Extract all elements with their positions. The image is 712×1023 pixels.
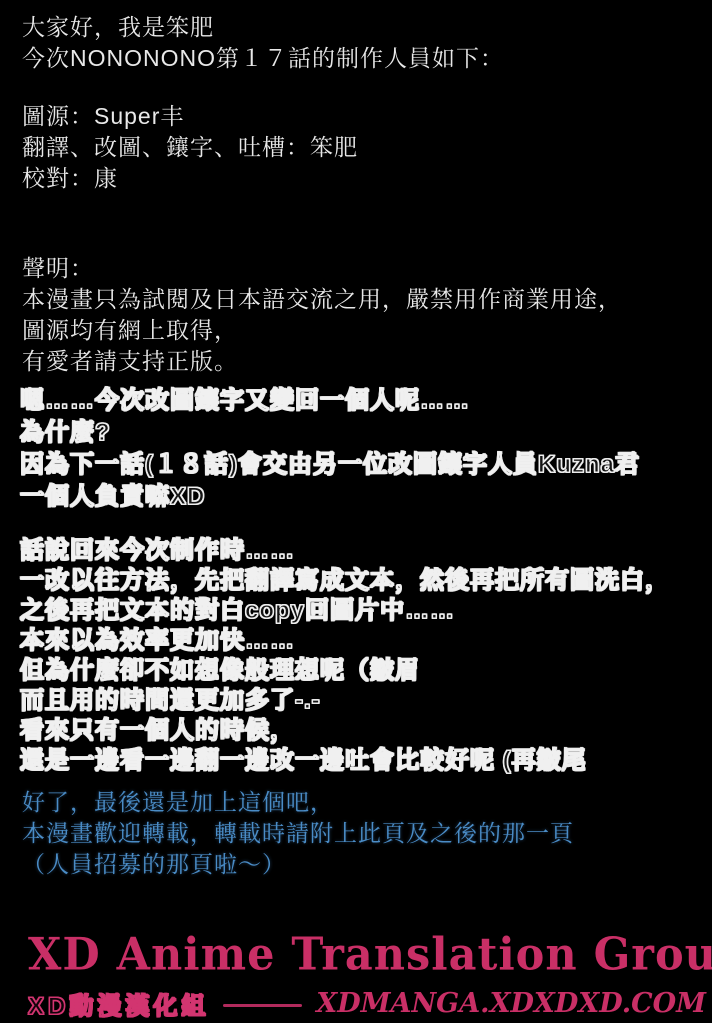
- note-line: 但為什麼卻不如想像般理想呢（皺眉: [20, 656, 706, 686]
- note-line: 一改以往方法，先把翻譯寫成文本，然後再把所有圖洗白，: [20, 566, 706, 596]
- intro-section: 大家好，我是笨肥 今次NONONONO第１７話的制作人員如下：: [22, 12, 706, 74]
- website-url: XDMANGA.XDXDXD.COM: [316, 988, 706, 1019]
- footer-divider-line: [223, 1004, 302, 1007]
- note-line: 之後再把文本的對白copy回圖片中……: [20, 596, 706, 626]
- note-line: 還是一邊看一邊翻一邊改一邊吐會比較好呢 (再皺尾: [20, 746, 706, 776]
- notes-section-2: 話說回來今次制作時…… 一改以往方法，先把翻譯寫成文本，然後再把所有圖洗白， 之…: [20, 536, 706, 776]
- disclaimer-line: 聲明：: [22, 253, 706, 284]
- notes-section-1: 嗯……今次改圖鑲字又變回一個人呢…… 為什麼? 因為下一話(１８話)會交由另一位…: [20, 385, 706, 513]
- note-line: 本來以為效率更加快……: [20, 626, 706, 656]
- group-logo-english: XD Anime Translation Group: [0, 929, 712, 982]
- footer-row: XD動漫漢化組 XDMANGA.XDXDXD.COM: [0, 986, 712, 1021]
- group-footer: XD Anime Translation Group XD動漫漢化組 XDMAN…: [0, 930, 712, 1021]
- disclaimer-line: 本漫畫只為試閱及日本語交流之用，嚴禁用作商業用途，: [22, 284, 706, 315]
- intro-line: 今次NONONONO第１７話的制作人員如下：: [22, 43, 706, 74]
- note-line: 嗯……今次改圖鑲字又變回一個人呢……: [20, 385, 706, 417]
- note-line: 話說回來今次制作時……: [20, 536, 706, 566]
- disclaimer-line: 圖源均有網上取得，: [22, 315, 706, 346]
- repost-line: 本漫畫歡迎轉載，轉載時請附上此頁及之後的那一頁: [22, 818, 706, 849]
- credits-page: 大家好，我是笨肥 今次NONONONO第１７話的制作人員如下： 圖源：Super…: [0, 0, 712, 1023]
- credits-section: 圖源：Super丰 翻譯、改圖、鑲字、吐槽：笨肥 校對：康: [22, 101, 706, 194]
- note-line: 因為下一話(１８話)會交由另一位改圖鑲字人員Kuzna君: [20, 449, 706, 481]
- note-line: 看來只有一個人的時候，: [20, 716, 706, 746]
- repost-line: （人員招募的那頁啦～）: [22, 849, 706, 880]
- disclaimer-section: 聲明： 本漫畫只為試閱及日本語交流之用，嚴禁用作商業用途， 圖源均有網上取得， …: [22, 253, 706, 377]
- note-line: 為什麼?: [20, 417, 706, 449]
- credit-line-translator: 翻譯、改圖、鑲字、吐槽：笨肥: [22, 132, 706, 163]
- repost-notice-section: 好了，最後還是加上這個吧， 本漫畫歡迎轉載，轉載時請附上此頁及之後的那一頁 （人…: [22, 787, 706, 880]
- repost-line: 好了，最後還是加上這個吧，: [22, 787, 706, 818]
- credit-line-source: 圖源：Super丰: [22, 101, 706, 132]
- credit-line-proofreader: 校對：康: [22, 163, 706, 194]
- group-name-chinese: XD動漫漢化組: [28, 986, 209, 1021]
- disclaimer-line: 有愛者請支持正版。: [22, 346, 706, 377]
- note-line: 而且用的時間還更加多了-.-: [20, 686, 706, 716]
- intro-line: 大家好，我是笨肥: [22, 12, 706, 43]
- note-line: 一個人負責嘛XD: [20, 481, 706, 513]
